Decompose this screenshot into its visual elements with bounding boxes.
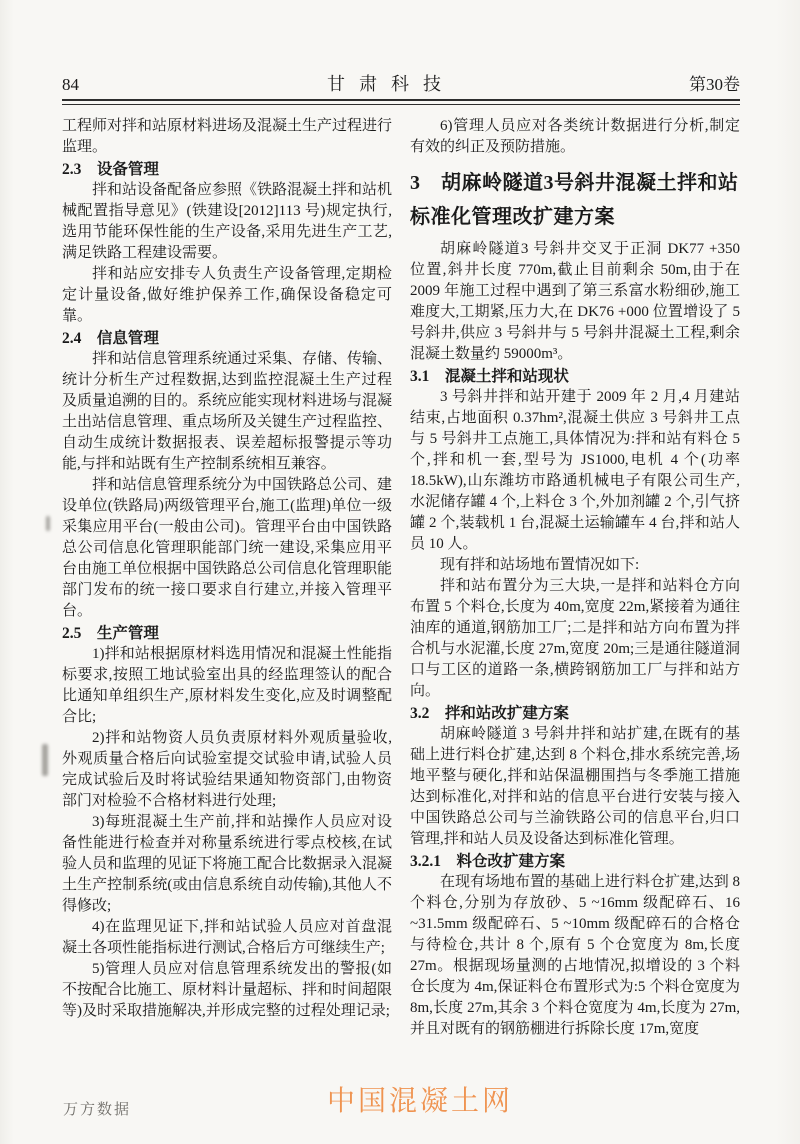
paragraph: 在现有场地布置的基础上进行料仓扩建,达到 8 个料仓,分别为存放砂、5 ~16m… [410,872,740,1040]
heading-3-2-1: 3.2.1 料仓改扩建方案 [410,851,740,872]
heading-2-4: 2.4 信息管理 [62,328,392,349]
list-item-4: 4)在监理见证下,拌和站试验人员应对首盘混凝土各项性能指标进行测试,合格后方可继… [62,917,392,959]
journal-title: 甘肃科技 [327,70,455,96]
running-head: 84 甘肃科技 第30卷 [62,70,740,96]
journal-page: 84 甘肃科技 第30卷 工程师对拌和站原材料进场及混凝土生产过程进行监理。 2… [0,0,800,1144]
volume-label: 第30卷 [689,70,740,95]
heading-2-5: 2.5 生产管理 [62,623,392,644]
list-item-1: 1)拌和站根据原材料选用情况和混凝土性能指标要求,按照工地试验室出具的经监理签认… [62,644,392,728]
paragraph: 拌和站应安排专人负责生产设备管理,定期检定计量设备,做好维护保养工作,确保设备稳… [62,264,392,327]
paragraph: 拌和站信息管理系统通过采集、存储、传输、统计分析生产过程数据,达到监控混凝土生产… [62,349,392,475]
list-item-3: 3)每班混凝土生产前,拌和站操作人员应对设备性能进行检查并对称量系统进行零点校核… [62,812,392,917]
article-body: 工程师对拌和站原材料进场及混凝土生产过程进行监理。 2.3 设备管理 拌和站设备… [62,116,740,1040]
list-item-5: 5)管理人员应对信息管理系统发出的警报(如不按配合比施工、原材料计量超标、拌和时… [62,959,392,1022]
heading-2-3: 2.3 设备管理 [62,159,392,180]
list-item-2: 2)拌和站物资人员负责原材料外观质量验收,外观质量合格后向试验室提交试验申请,试… [62,728,392,812]
paragraph: 3 号斜井拌和站开建于 2009 年 2 月,4 月建站结束,占地面积 0.37… [410,387,740,555]
paragraph: 拌和站信息管理系统分为中国铁路总公司、建设单位(铁路局)两级管理平台,施工(监理… [62,475,392,622]
watermark-china-concrete-net: 中国混凝土网 [327,1079,513,1119]
heading-3-2: 3.2 拌和站改扩建方案 [410,703,740,724]
paragraph: 拌和站布置分为三大块,一是拌和站料仓方向布置 5 个料仓,长度为 40m,宽度 … [410,576,740,702]
right-column: 6)管理人员应对各类统计数据进行分析,制定有效的纠正及预防措施。 3 胡麻岭隧道… [410,116,740,1040]
list-item-6: 6)管理人员应对各类统计数据进行分析,制定有效的纠正及预防措施。 [410,116,740,158]
header-double-rule [62,99,740,105]
scan-artifact [46,516,50,531]
paragraph: 现有拌和站场地布置情况如下: [410,555,740,576]
heading-3-1: 3.1 混凝土拌和站现状 [410,366,740,387]
wanfang-data-mark: 万方数据 [63,1098,131,1119]
paragraph: 胡麻岭隧道 3 号斜井拌和站扩建,在既有的基础上进行料仓扩建,达到 8 个料仓,… [410,724,740,850]
page-number: 84 [62,75,79,95]
section-title-3: 3 胡麻岭隧道3号斜井混凝土拌和站标准化管理改扩建方案 [410,166,740,234]
left-column: 工程师对拌和站原材料进场及混凝土生产过程进行监理。 2.3 设备管理 拌和站设备… [62,116,392,1040]
paragraph: 拌和站设备配备应参照《铁路混凝土拌和站机械配置指导意见》(铁建设[2012]11… [62,180,392,264]
scan-artifact [42,744,48,776]
paragraph: 工程师对拌和站原材料进场及混凝土生产过程进行监理。 [62,116,392,158]
paragraph: 胡麻岭隧道3 号斜井交叉于正洞 DK77 +350 位置,斜井长度 770m,截… [410,239,740,365]
